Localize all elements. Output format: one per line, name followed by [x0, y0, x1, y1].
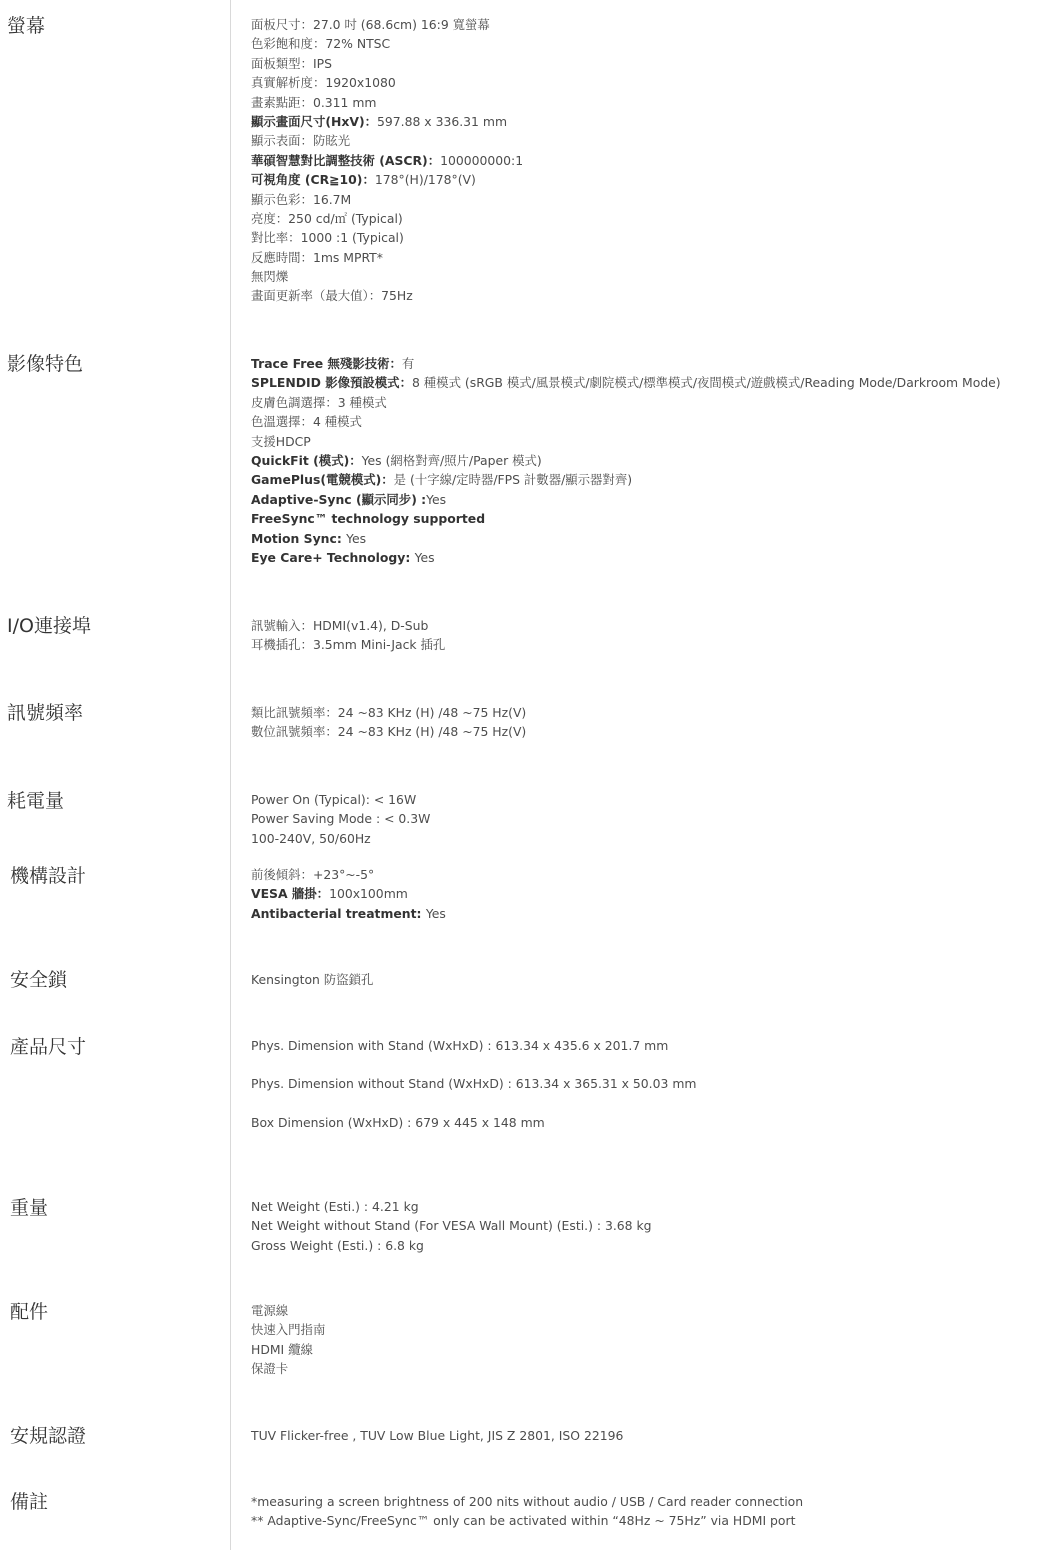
section-signal-frequency-specs: 類比訊號頻率：24 ~83 KHz (H) /48 ~75 Hz(V) 數位訊號…: [251, 703, 526, 742]
column-divider: [230, 0, 231, 1550]
spec-line: HDMI 纜線: [251, 1340, 325, 1359]
section-certifications-specs: TUV Flicker-free , TUV Low Blue Light, J…: [251, 1426, 623, 1445]
spec-line: VESA 牆掛：100x100mm: [251, 884, 446, 903]
spec-line: 前後傾斜：+23°~-5°: [251, 865, 446, 884]
spec-line: 耳機插孔：3.5mm Mini-Jack 插孔: [251, 635, 445, 654]
section-weight-specs: Net Weight (Esti.) : 4.21 kg Net Weight …: [251, 1197, 652, 1255]
spec-line: 真實解析度：1920x1080: [251, 73, 523, 92]
spec-line: TUV Flicker-free , TUV Low Blue Light, J…: [251, 1426, 623, 1445]
spec-line: 支援HDCP: [251, 432, 1001, 451]
spec-line: 100-240V, 50/60Hz: [251, 829, 430, 848]
spec-line: 色彩飽和度：72% NTSC: [251, 34, 523, 53]
spec-line: QuickFit (模式)：Yes (網格對齊/照片/Paper 模式): [251, 451, 1001, 470]
section-label-io-ports: I/O連接埠: [7, 614, 91, 638]
section-label-accessories: 配件: [10, 1300, 48, 1324]
section-io-ports-specs: 訊號輸入：HDMI(v1.4), D-Sub 耳機插孔：3.5mm Mini-J…: [251, 616, 445, 655]
section-label-display: 螢幕: [7, 14, 45, 38]
spec-line: Net Weight (Esti.) : 4.21 kg: [251, 1197, 652, 1216]
spec-line: Gross Weight (Esti.) : 6.8 kg: [251, 1236, 652, 1255]
spec-line: Phys. Dimension with Stand (WxHxD) : 613…: [251, 1036, 696, 1055]
spec-line: 反應時間：1ms MPRT*: [251, 248, 523, 267]
section-accessories-specs: 電源線 快速入門指南 HDMI 纜線 保證卡: [251, 1301, 325, 1379]
spec-line: Power On (Typical): < 16W: [251, 790, 430, 809]
spec-line: Motion Sync: Yes: [251, 529, 1001, 548]
spec-line: 畫素點距：0.311 mm: [251, 93, 523, 112]
section-product-dimensions-specs: Phys. Dimension with Stand (WxHxD) : 613…: [251, 1036, 696, 1132]
section-label-power-consumption: 耗電量: [7, 789, 64, 813]
spec-line: 皮膚色調選擇：3 種模式: [251, 393, 1001, 412]
section-label-notes: 備註: [10, 1490, 48, 1514]
spec-line: GamePlus(電競模式)：是 (十字線/定時器/FPS 計數器/顯示器對齊): [251, 470, 1001, 489]
spec-line: 可視角度 (CR≧10)：178°(H)/178°(V): [251, 170, 523, 189]
spec-line: 色溫選擇：4 種模式: [251, 412, 1001, 431]
section-label-product-dimensions: 產品尺寸: [10, 1035, 86, 1059]
section-mechanical-design-specs: 前後傾斜：+23°~-5° VESA 牆掛：100x100mm Antibact…: [251, 865, 446, 923]
spec-line: 顯示表面：防眩光: [251, 131, 523, 150]
section-label-security-lock: 安全鎖: [10, 968, 67, 992]
spec-line: 無閃爍: [251, 267, 523, 286]
spec-line: 對比率：1000 :1 (Typical): [251, 228, 523, 247]
spec-line: 顯示色彩：16.7M: [251, 190, 523, 209]
spec-line: Net Weight without Stand (For VESA Wall …: [251, 1216, 652, 1235]
spec-line: Power Saving Mode : < 0.3W: [251, 809, 430, 828]
spec-line: 面板尺寸：27.0 吋 (68.6cm) 16:9 寬螢幕: [251, 15, 523, 34]
spec-line: SPLENDID 影像預設模式：8 種模式 (sRGB 模式/風景模式/劇院模式…: [251, 373, 1001, 392]
spec-line: 電源線: [251, 1301, 325, 1320]
spec-line: *measuring a screen brightness of 200 ni…: [251, 1492, 803, 1511]
spec-line: 類比訊號頻率：24 ~83 KHz (H) /48 ~75 Hz(V): [251, 703, 526, 722]
spec-line: 快速入門指南: [251, 1320, 325, 1339]
spec-line: 亮度：250 cd/㎡ (Typical): [251, 209, 523, 228]
spec-line: Eye Care+ Technology: Yes: [251, 548, 1001, 567]
spec-line: Antibacterial treatment: Yes: [251, 904, 446, 923]
section-power-consumption-specs: Power On (Typical): < 16W Power Saving M…: [251, 790, 430, 848]
section-display-specs: 面板尺寸：27.0 吋 (68.6cm) 16:9 寬螢幕 色彩飽和度：72% …: [251, 15, 523, 306]
spec-line: Adaptive-Sync (顯示同步) :Yes: [251, 490, 1001, 509]
spec-line: FreeSync™ technology supported: [251, 509, 1001, 528]
section-notes-specs: *measuring a screen brightness of 200 ni…: [251, 1492, 803, 1531]
section-label-mechanical-design: 機構設計: [10, 864, 86, 888]
section-label-video-features: 影像特色: [7, 352, 83, 376]
section-label-weight: 重量: [10, 1196, 48, 1220]
spec-line: Trace Free 無殘影技術：有: [251, 354, 1001, 373]
section-label-signal-frequency: 訊號頻率: [7, 701, 83, 725]
spec-line: 數位訊號頻率：24 ~83 KHz (H) /48 ~75 Hz(V): [251, 722, 526, 741]
spec-line: Box Dimension (WxHxD) : 679 x 445 x 148 …: [251, 1113, 696, 1132]
spec-line: Kensington 防盜鎖孔: [251, 970, 373, 989]
spec-line: 畫面更新率（最大值）：75Hz: [251, 286, 523, 305]
spec-line: 訊號輸入：HDMI(v1.4), D-Sub: [251, 616, 445, 635]
section-security-lock-specs: Kensington 防盜鎖孔: [251, 970, 373, 989]
spec-line: 面板類型：IPS: [251, 54, 523, 73]
section-video-features-specs: Trace Free 無殘影技術：有 SPLENDID 影像預設模式：8 種模式…: [251, 354, 1001, 567]
spec-line: 保證卡: [251, 1359, 325, 1378]
section-label-certifications: 安規認證: [10, 1424, 86, 1448]
spec-line: 華碩智慧對比調整技術 (ASCR)：100000000:1: [251, 151, 523, 170]
spec-line: Phys. Dimension without Stand (WxHxD) : …: [251, 1074, 696, 1093]
spec-line: 顯示畫面尺寸(HxV)：597.88 x 336.31 mm: [251, 112, 523, 131]
spec-line: ** Adaptive-Sync/FreeSync™ only can be a…: [251, 1511, 803, 1530]
